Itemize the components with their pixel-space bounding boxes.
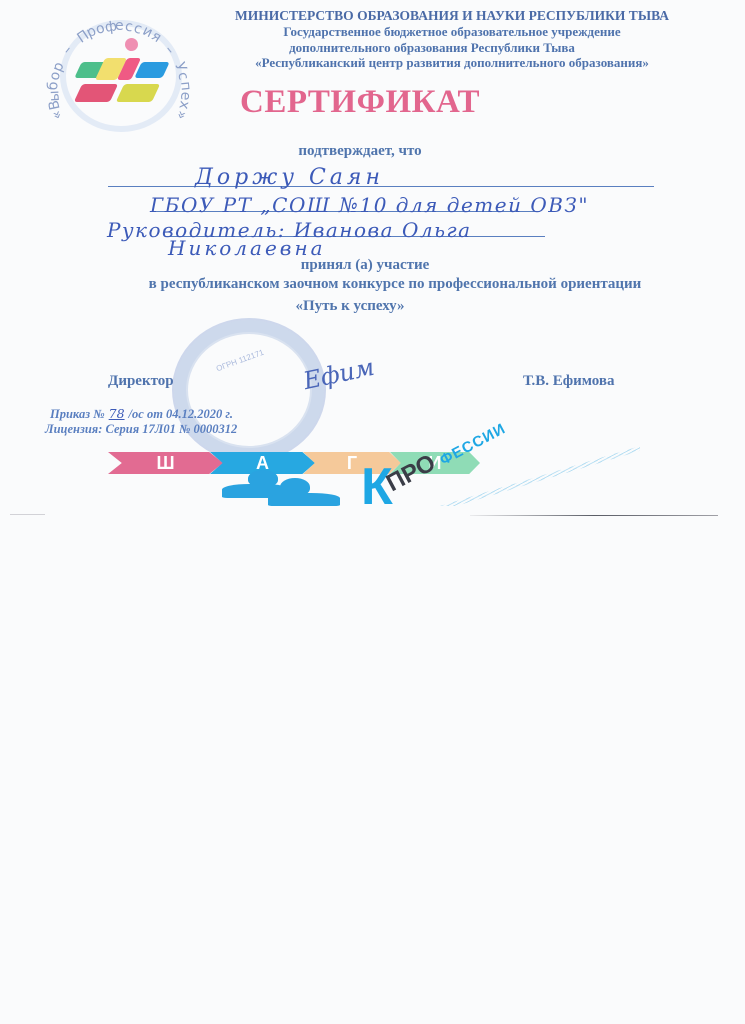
official-stamp-icon xyxy=(172,318,326,462)
license-info: Лицензия: Серия 17Л01 № 0000312 xyxy=(45,422,237,437)
took-part-text: принял (а) участие xyxy=(250,257,480,274)
order-suffix: /ос от 04.12.2020 г. xyxy=(129,407,233,421)
logo-arrow-sh: Ш xyxy=(108,452,223,474)
divider xyxy=(10,514,45,515)
participant-school: ГБОУ РТ „СОШ №10 для детей ОВЗ" xyxy=(150,193,589,217)
institution-line-1: Государственное бюджетное образовательно… xyxy=(232,24,672,40)
person-icon xyxy=(268,493,340,506)
order-reference: Приказ №78/ос от 04.12.2020 г. xyxy=(50,406,233,422)
institution-line-3: «Республиканский центр развития дополнит… xyxy=(232,55,672,71)
ministry-name: МИНИСТЕРСТВО ОБРАЗОВАНИЯ И НАУКИ РЕСПУБЛ… xyxy=(232,8,672,24)
participant-name: Доржу Саян xyxy=(195,165,384,190)
emblem-ball-icon xyxy=(125,38,138,51)
confirms-text: подтверждает, что xyxy=(230,143,490,160)
director-label: Директор xyxy=(108,373,174,390)
order-prefix: Приказ № xyxy=(50,407,105,421)
institution-line-2: дополнительного образования Республики Т… xyxy=(232,40,632,56)
director-name: Т.В. Ефимова xyxy=(523,373,615,390)
contest-name: «Путь к успеху» xyxy=(250,298,450,315)
certificate-title: СЕРТИФИКАТ xyxy=(230,84,490,121)
divider xyxy=(470,515,718,516)
contest-description: в республиканском заочном конкурсе по пр… xyxy=(100,276,690,293)
order-number: 78 xyxy=(105,406,129,421)
